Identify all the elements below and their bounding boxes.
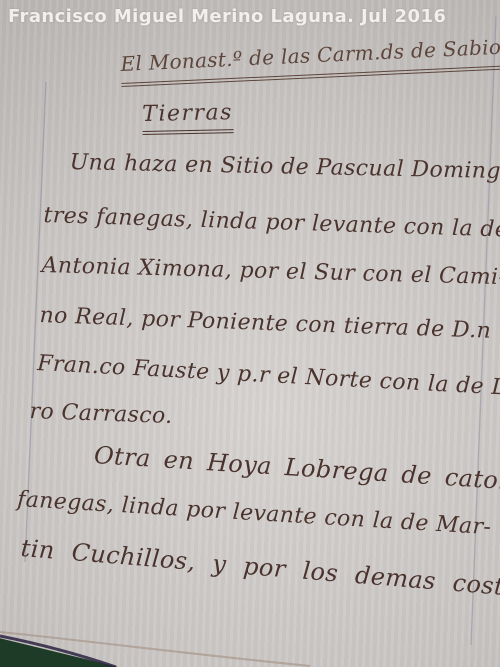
manuscript-photo: Francisco Miguel Merino Laguna. Jul 2016… <box>0 0 500 667</box>
tear-dark-edge-line <box>0 636 116 667</box>
handwritten-line: ro Carrasco. <box>29 399 173 429</box>
watermark-caption: Francisco Miguel Merino Laguna. Jul 2016 <box>8 6 446 27</box>
tear-shadow-line <box>0 632 310 666</box>
section-heading-wrap: Tierras <box>142 100 233 127</box>
section-heading: Tierras <box>142 100 233 135</box>
